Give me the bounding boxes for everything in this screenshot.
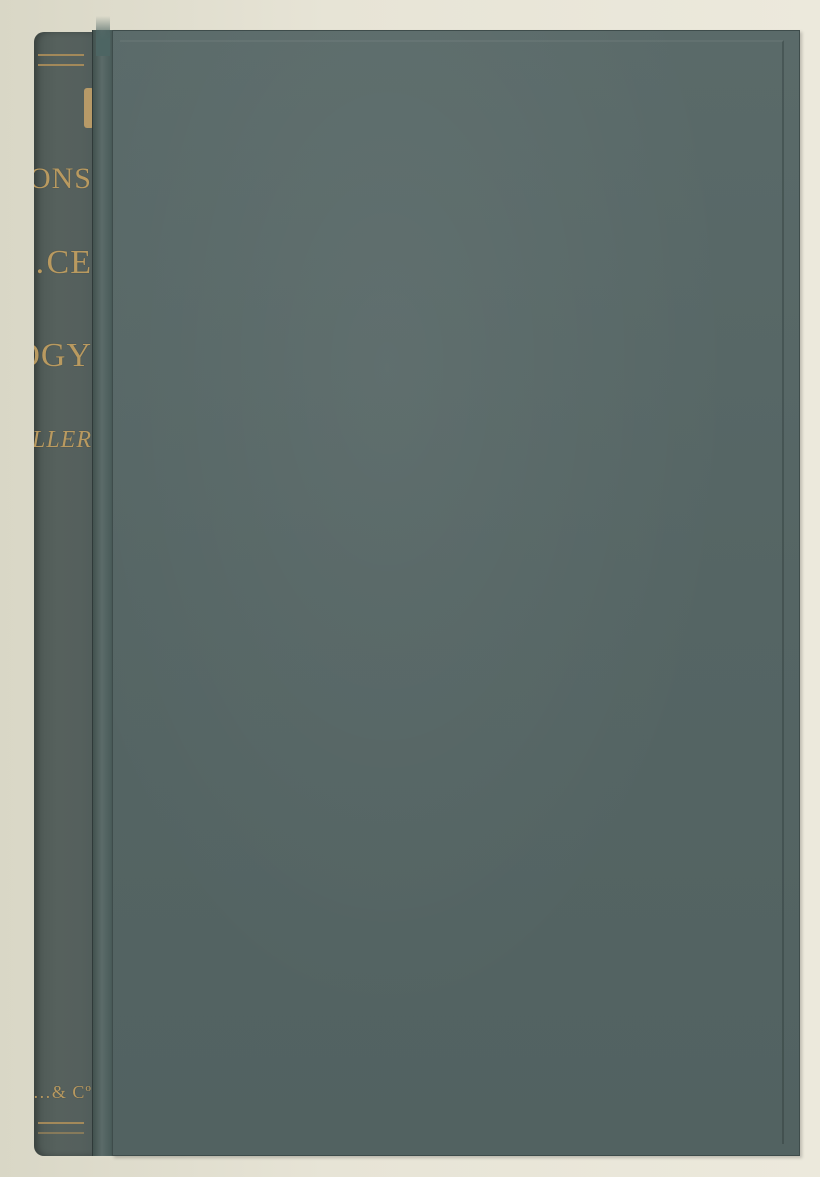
spine-gilt-rule-top-2 [38, 64, 84, 66]
spine-author: …LLER [34, 427, 92, 454]
frayed-headcap [96, 16, 110, 56]
spine-gilt-rule-bottom-2 [38, 1132, 84, 1134]
spine-title-line-1: …IONS [34, 162, 92, 196]
spine-gilt-rule-bottom-1 [38, 1122, 84, 1124]
spine-title-line-3: …LOGY [34, 337, 92, 375]
book: …IONS …CE …LOGY …LLER …& Cº [34, 30, 802, 1158]
book-spine: …IONS …CE …LOGY …LLER …& Cº [34, 32, 100, 1156]
spine-publisher-imprint: …& Cº [34, 1082, 92, 1103]
spine-title-line-2: …CE [34, 244, 92, 282]
spine-gilt-rule-top-1 [38, 54, 84, 56]
front-cover [112, 30, 800, 1156]
